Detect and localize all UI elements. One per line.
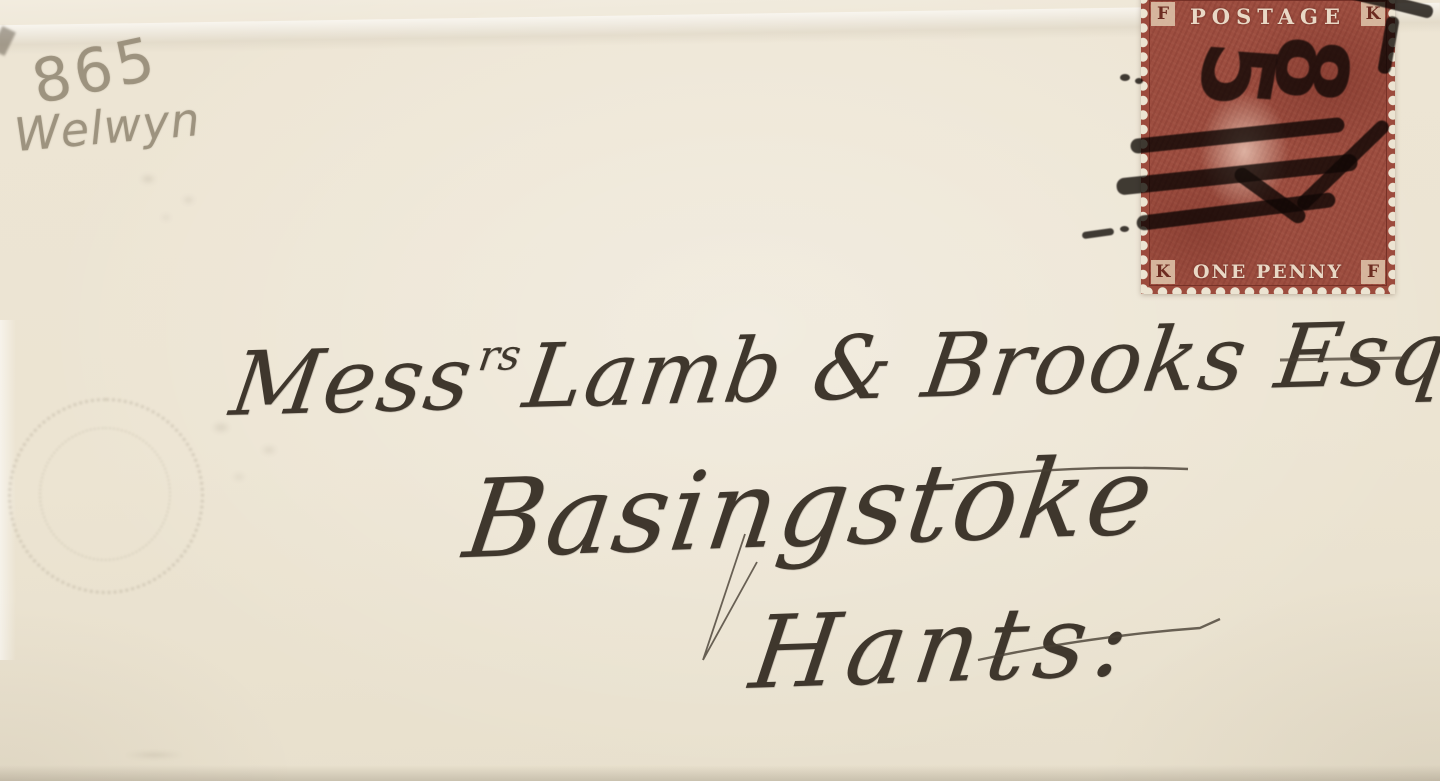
address-line-3: Hants: — [744, 581, 1145, 712]
stamp-corner-letter-bottom-left: K — [1151, 260, 1175, 284]
ink-smudge — [90, 740, 250, 770]
stamp-postage-label: POSTAGE — [1150, 4, 1386, 29]
faint-postmark — [8, 398, 204, 594]
stamp-denomination-label: ONE PENNY — [1150, 261, 1386, 283]
ink-smudge — [130, 158, 220, 228]
penny-red-stamp: POSTAGE ONE PENNY F K K F — [1141, 0, 1395, 294]
address-name: Lamb & Brooks — [518, 306, 1255, 428]
cancel-dot — [1120, 74, 1130, 81]
paper-edge-shadow — [0, 765, 1440, 781]
stamp-corner-letter-top-left: F — [1151, 2, 1175, 26]
address-salutation: Mess — [224, 326, 480, 436]
address-honorific: Esq — [1269, 301, 1440, 409]
address-line-2: Basingstoke — [457, 434, 1162, 584]
cancel-dot — [1120, 226, 1129, 232]
cancel-dot — [1082, 228, 1115, 239]
stamp-frame: POSTAGE ONE PENNY F K K F — [1149, 0, 1387, 286]
address-salutation-superscript: rs — [475, 330, 524, 380]
stamp-corner-letter-bottom-right: F — [1361, 260, 1385, 284]
envelope-scan: 865 Welwyn POSTAGE ONE PENNY F K K F 5 8… — [0, 0, 1440, 781]
address-line-1: MessrsLamb & Brooks Esqrs — [224, 299, 1440, 436]
stamp-corner-letter-top-right: K — [1361, 2, 1385, 26]
paper-edge-nick — [0, 26, 16, 56]
